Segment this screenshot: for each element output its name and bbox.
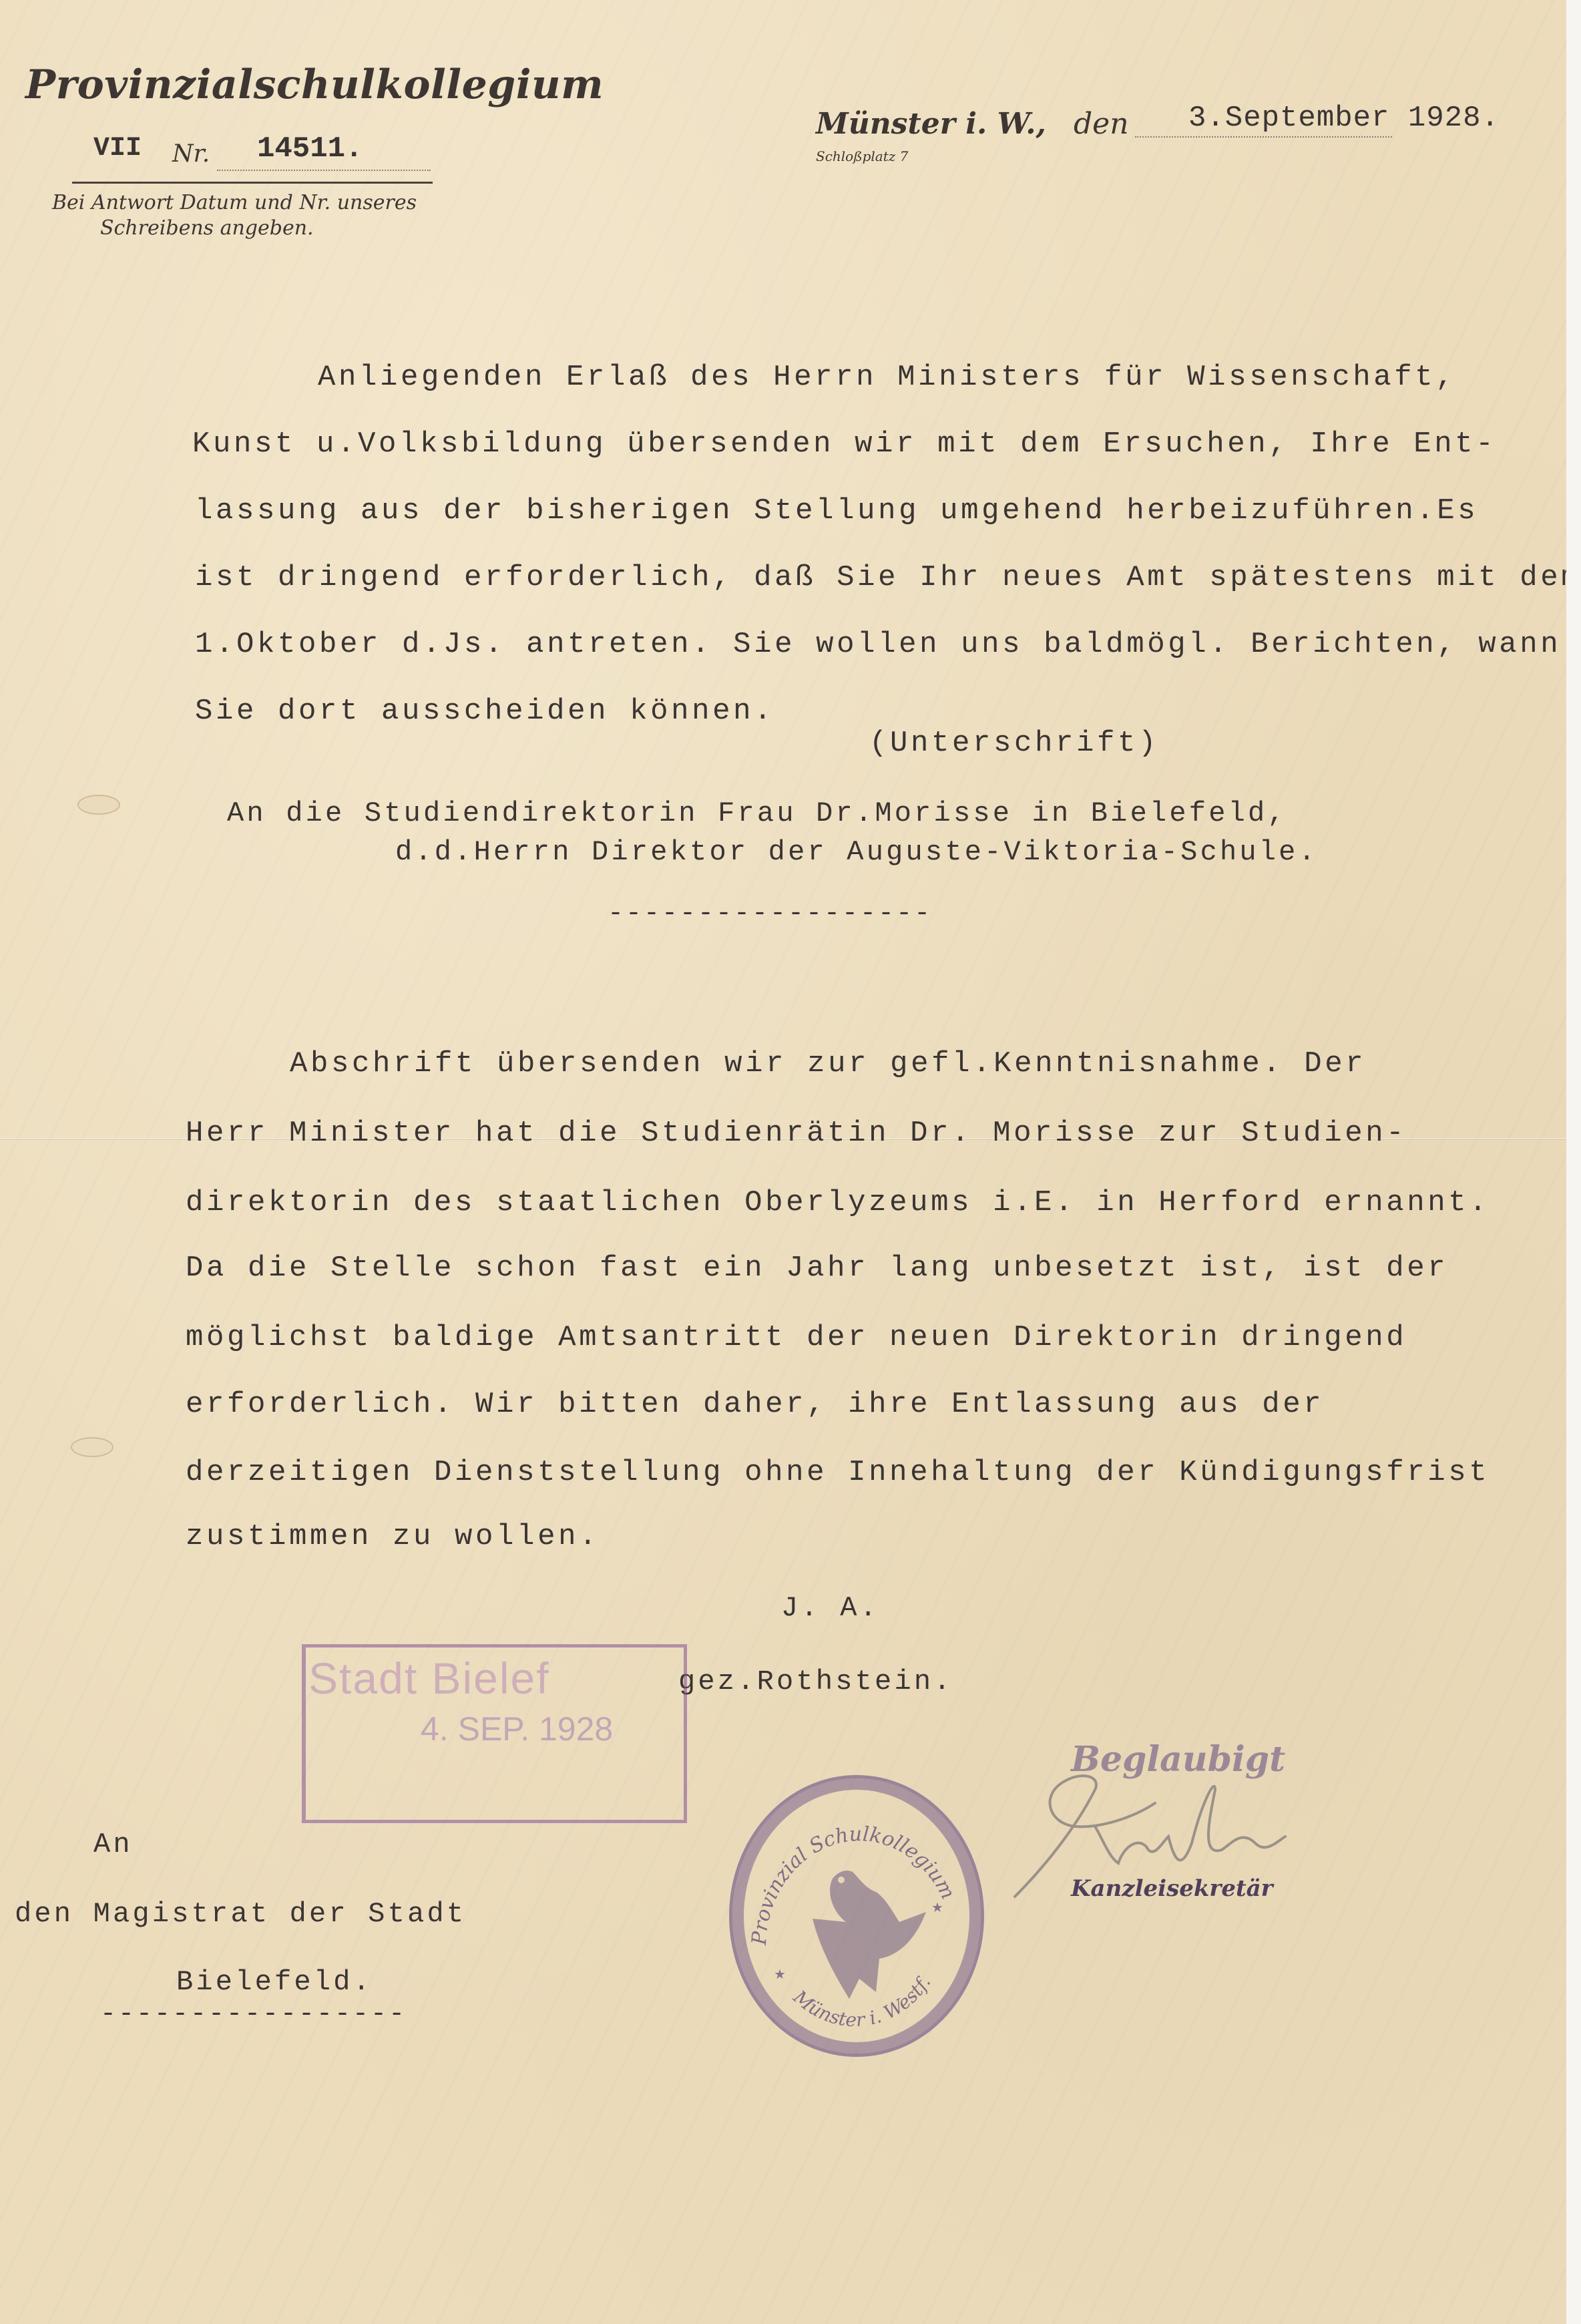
- certifier-title: Kanzleisekretär: [1071, 1875, 1273, 1902]
- recipient-line1: An die Studiendirektorin Frau Dr.Morisse…: [227, 797, 1287, 829]
- letter2-line: Da die Stelle schon fast ein Jahr lang u…: [186, 1251, 1448, 1285]
- punch-hole: [77, 795, 120, 815]
- reference-prefix: VII: [93, 134, 142, 164]
- signature-placeholder: (Unterschrift): [869, 727, 1159, 760]
- reply-note-line1: Bei Antwort Datum und Nr. unseres: [52, 191, 417, 214]
- letter1-line: Sie dort ausscheiden können.: [195, 695, 774, 728]
- letter2-line: möglichst baldige Amtsantritt der neuen …: [186, 1321, 1407, 1354]
- letter2-line: zustimmen zu wollen.: [186, 1520, 600, 1553]
- recipient-line2: d.d.Herrn Direktor der Auguste-Viktoria-…: [395, 836, 1318, 868]
- svg-text:★: ★: [931, 1901, 943, 1915]
- closing-ja: J. A.: [781, 1592, 879, 1624]
- letterhead-organization: Provinzialschulkollegium: [25, 61, 604, 108]
- place-name: Münster i. W.,: [816, 107, 1046, 141]
- reference-dotted-line: [217, 170, 431, 171]
- addressee-line2: den Magistrat der Stadt: [15, 1898, 466, 1930]
- addressee-separator: -----------------: [100, 1999, 407, 2029]
- receipt-stamp-date: 4. SEP. 1928: [421, 1710, 613, 1748]
- scan-margin: [1566, 0, 1581, 2324]
- date-dotted-line: [1135, 136, 1392, 138]
- letter1-line: Anliegenden Erlaß des Herrn Ministers fü…: [318, 361, 1456, 394]
- letter2-line: Herr Minister hat die Studienrätin Dr. M…: [186, 1117, 1407, 1150]
- addressee-line1: An: [93, 1828, 133, 1861]
- letter1-line: Kunst u.Volksbildung übersenden wir mit …: [192, 427, 1496, 461]
- letterhead-rule: [72, 182, 433, 184]
- letter1-line: lassung aus der bisherigen Stellung umge…: [195, 494, 1478, 528]
- letter2-line: derzeitigen Dienststellung ohne Innehalt…: [186, 1456, 1490, 1489]
- letter2-line: erforderlich. Wir bitten daher, ihre Ent…: [186, 1388, 1324, 1421]
- addressee-line3: Bielefeld.: [176, 1966, 373, 1998]
- punch-hole: [71, 1437, 114, 1457]
- reference-number: 14511.: [257, 132, 363, 166]
- svg-text:★: ★: [774, 1967, 786, 1982]
- letter2-line: Abschrift übersenden wir zur gefl.Kenntn…: [290, 1047, 1366, 1081]
- letter-page: Provinzialschulkollegium VII Nr. 14511. …: [0, 0, 1566, 2324]
- office-address: Schloßplatz 7: [816, 148, 908, 164]
- receipt-stamp-city: Stadt Bielef: [308, 1653, 550, 1704]
- letter-date: 3.September 1928.: [1188, 102, 1500, 135]
- letter1-line: ist dringend erforderlich, daß Sie Ihr n…: [195, 561, 1566, 594]
- date-prefix: den: [1074, 107, 1129, 141]
- letter2-line: direktorin des staatlichen Oberlyzeums i…: [186, 1186, 1490, 1219]
- letter1-line: 1.Oktober d.Js. antreten. Sie wollen uns…: [195, 628, 1561, 661]
- reference-label: Nr.: [172, 140, 210, 168]
- signed-by: gez.Rothstein.: [678, 1666, 953, 1698]
- eagle-seal-icon: Provinzial Schulkollegium Münster i. Wes…: [732, 1778, 981, 2054]
- separator-line: ------------------: [608, 899, 932, 929]
- reply-note-line2: Schreibens angeben.: [100, 216, 314, 240]
- official-seal: Provinzial Schulkollegium Münster i. Wes…: [729, 1775, 984, 2057]
